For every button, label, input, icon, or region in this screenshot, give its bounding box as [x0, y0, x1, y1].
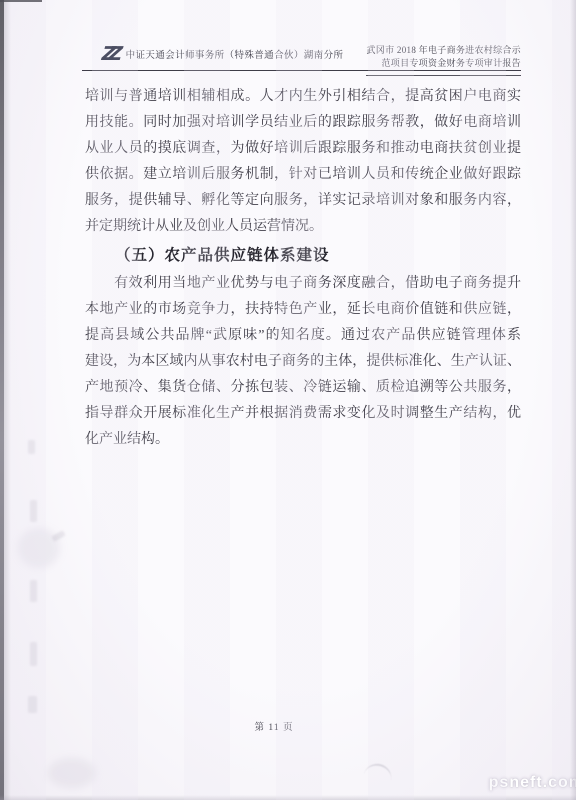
scan-edge-top: [0, 0, 42, 2]
text-line: 供依据。建立培训后服务机制，针对已培训人员和传统企业做好跟踪: [85, 162, 521, 188]
report-title-line2: 范项目专项资金财务专项审计报告: [366, 57, 521, 70]
section-heading: （五）农产品供应链体系建设: [85, 243, 521, 269]
watermark: psneft.com: [489, 774, 576, 792]
document-page: ZZ 中证天通会计师事务所（特殊普通合伙）湖南分所 武冈市 2018 年电子商务…: [0, 0, 576, 800]
firm-name: 中证天通会计师事务所（特殊普通合伙）湖南分所: [126, 47, 344, 61]
text-line: 服务，提供辅导、孵化等定向服务，详实记录培训对象和服务内容，: [85, 188, 521, 214]
scan-smudge: [28, 696, 37, 713]
report-title-line1: 武冈市 2018 年电子商务进农村综合示: [366, 44, 521, 57]
text-line: 建设，为本区域内从事农村电子商务的主体，提供标准化、生产认证、: [85, 349, 521, 375]
paragraph-1: 培训与普通培训相辅相成。人才内生外引相结合，提高贫困户电商实用技能。同时加强对培…: [85, 84, 521, 240]
header-divider: [82, 70, 521, 71]
scan-edge-bottom: [0, 795, 576, 800]
scan-smudge: [48, 758, 96, 788]
text-line: 并定期统计从业及创业人员运营情况。: [85, 214, 521, 240]
page-number: 第 11 页: [0, 719, 562, 733]
scan-smudge: [30, 642, 37, 666]
header-left: ZZ 中证天通会计师事务所（特殊普通合伙）湖南分所: [102, 44, 343, 64]
scan-smudge: [30, 580, 37, 602]
text-line: 用技能。同时加强对培训学员结业后的跟踪服务帮教，做好电商培训: [85, 110, 521, 136]
text-line: 有效利用当地产业优势与电子商务深度融合，借助电子商务提升: [85, 271, 521, 297]
text-line: 化产业结构。: [85, 427, 521, 453]
text-line: 产地预冷、集货仓储、分拣包装、冷链运输、质检追溯等公共服务，: [85, 375, 521, 401]
text-line: 指导群众开展标准化生产并根据消费需求变化及时调整生产结构，优: [85, 401, 521, 427]
scan-edge-left-shadow: [4, 0, 11, 800]
scan-smudge: [30, 500, 37, 522]
text-line: 本地产业的市场竞争力，扶持特色产业，延长电商价值链和供应链，: [85, 297, 521, 323]
scan-smudge: [364, 761, 395, 781]
scan-smudge: [28, 440, 35, 454]
text-line: 从业人员的摸底调查，为做好培训后跟踪服务和推动电商扶贫创业提: [85, 136, 521, 162]
paragraph-2: 有效利用当地产业优势与电子商务深度融合，借助电子商务提升本地产业的市场竞争力，扶…: [85, 271, 521, 453]
firm-logo-icon: ZZ: [101, 44, 127, 64]
text-line: 培训与普通培训相辅相成。人才内生外引相结合，提高贫困户电商实: [85, 84, 521, 110]
text-line: 提高县域公共品牌“武原味”的知名度。通过农产品供应链管理体系: [85, 323, 521, 349]
scan-edge-right: [570, 0, 576, 800]
body-content: 培训与普通培训相辅相成。人才内生外引相结合，提高贫困户电商实用技能。同时加强对培…: [85, 84, 521, 453]
